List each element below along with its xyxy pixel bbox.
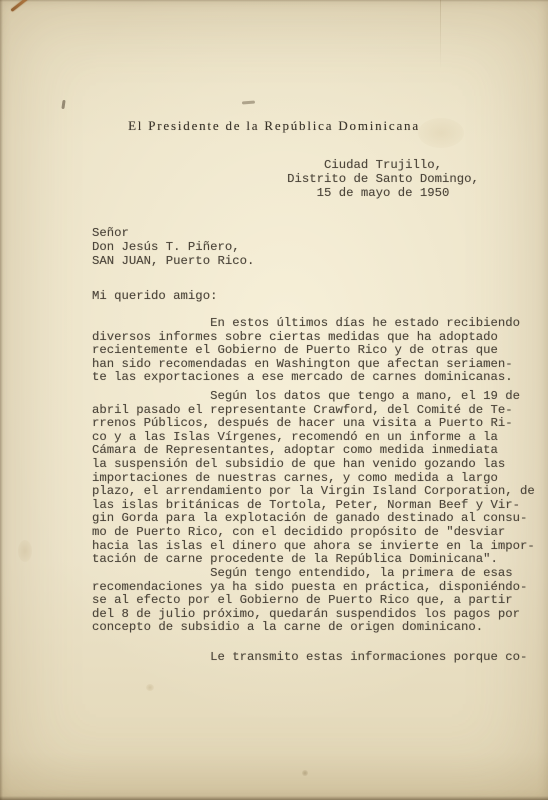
paper-edge-top bbox=[0, 0, 548, 2]
paragraph-1: En estos últimos días he estado recibien… bbox=[92, 317, 520, 385]
paragraph-3: Según tengo entendido, la primera de esa… bbox=[92, 567, 527, 635]
letter-page: El Presidente de la República Dominicana… bbox=[0, 0, 548, 800]
recipient-address: Señor Don Jesús T. Piñero, SAN JUAN, Pue… bbox=[92, 226, 254, 268]
paper-crease bbox=[440, 0, 441, 70]
paper-stain bbox=[18, 540, 32, 562]
paper-speck bbox=[61, 100, 65, 109]
document-photo: El Presidente de la República Dominicana… bbox=[0, 0, 548, 800]
paper-stain bbox=[146, 684, 154, 691]
letterhead-title: El Presidente de la República Dominicana bbox=[0, 118, 548, 134]
paper-speck bbox=[242, 101, 255, 105]
paper-stain bbox=[302, 770, 308, 776]
salutation: Mi querido amigo: bbox=[92, 290, 217, 304]
paper-edge-bottom bbox=[0, 796, 548, 800]
paragraph-4: Le transmito estas informaciones porque … bbox=[92, 651, 527, 665]
paragraph-2: Según los datos que tengo a mano, el 19 … bbox=[92, 390, 535, 567]
dateline: Ciudad Trujillo, Distrito de Santo Domin… bbox=[213, 158, 548, 200]
